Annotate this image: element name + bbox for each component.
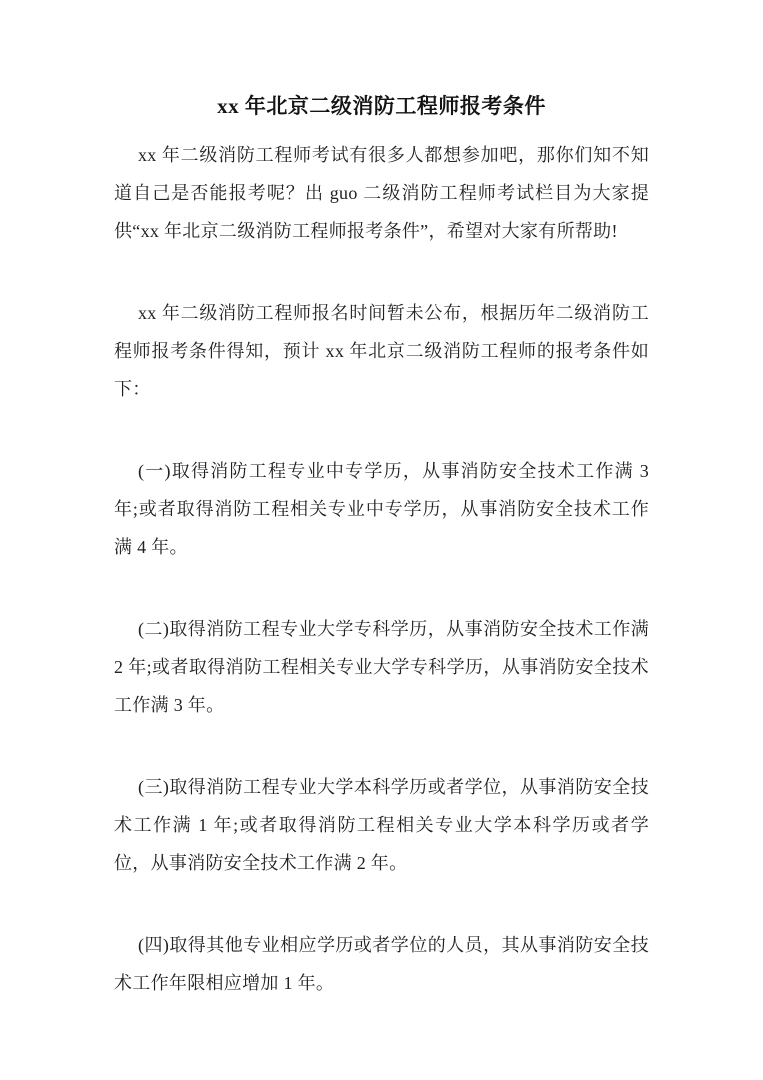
paragraph-condition-3: (三)取得消防工程专业大学本科学历或者学位，从事消防安全技术工作满 1 年;或者… bbox=[114, 768, 649, 882]
paragraph-forecast: xx 年二级消防工程师报名时间暂未公布，根据历年二级消防工程师报考条件得知，预计… bbox=[114, 294, 649, 408]
paragraph-condition-2: (二)取得消防工程专业大学专科学历，从事消防安全技术工作满 2 年;或者取得消防… bbox=[114, 610, 649, 724]
paragraph-condition-1: (一)取得消防工程专业中专学历，从事消防安全技术工作满 3 年;或者取得消防工程… bbox=[114, 452, 649, 566]
document-page: xx 年北京二级消防工程师报考条件 xx 年二级消防工程师考试有很多人都想参加吧… bbox=[0, 0, 763, 1080]
paragraph-condition-4: (四)取得其他专业相应学历或者学位的人员，其从事消防安全技术工作年限相应增加 1… bbox=[114, 926, 649, 1002]
document-content: xx 年北京二级消防工程师报考条件 xx 年二级消防工程师考试有很多人都想参加吧… bbox=[0, 0, 763, 1002]
paragraph-intro: xx 年二级消防工程师考试有很多人都想参加吧，那你们知不知道自己是否能报考呢？出… bbox=[114, 136, 649, 250]
document-title: xx 年北京二级消防工程师报考条件 bbox=[114, 90, 649, 122]
